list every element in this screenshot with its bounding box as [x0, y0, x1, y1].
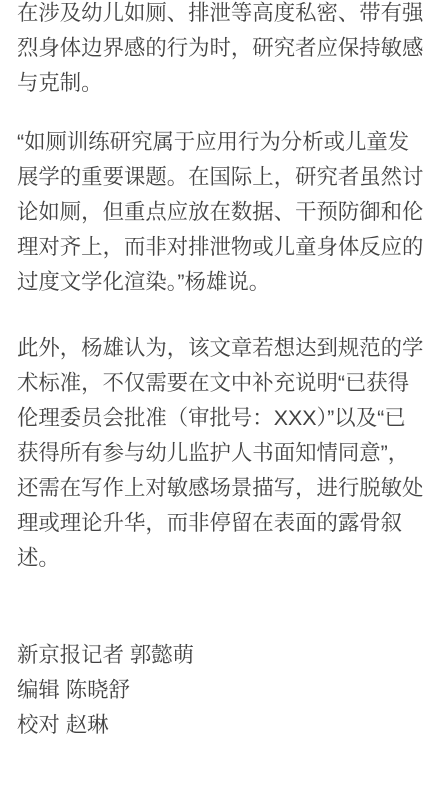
text-line: 理或理论升华，而非停留在表面的露骨叙	[17, 506, 425, 541]
text-line: 过度文学化渲染。”杨雄说。	[17, 265, 425, 300]
text-line: 获得所有参与幼儿监护人书面知情同意”，	[17, 436, 425, 471]
text-line: “如厕训练研究属于应用行为分析或儿童发	[17, 125, 425, 160]
byline-editor: 编辑 陈晓舒	[17, 673, 425, 708]
text-line: 理对齐上，而非对排泄物或儿童身体反应的	[17, 230, 425, 265]
paragraph-conclusion: 此外，杨雄认为，该文章若想达到规范的学 术标准，不仅需要在文中补充说明“已获得 …	[17, 331, 425, 576]
byline-reporter: 新京报记者 郭懿萌	[17, 638, 425, 673]
byline-proofreader: 校对 赵琳	[17, 708, 425, 743]
article-page: 在涉及幼儿如厕、排泄等高度私密、带有强 烈身体边界感的行为时，研究者应保持敏感 …	[0, 0, 442, 796]
text-line: 伦理委员会批准（审批号：XXX）”以及“已	[17, 401, 425, 436]
text-line: 此外，杨雄认为，该文章若想达到规范的学	[17, 331, 425, 366]
text-line: 还需在写作上对敏感场景描写，进行脱敏处	[17, 471, 425, 506]
text-line: 展学的重要课题。在国际上，研究者虽然讨	[17, 160, 425, 195]
text-line: 与克制。	[17, 66, 425, 101]
text-line: 论如厕，但重点应放在数据、干预防御和伦	[17, 195, 425, 230]
paragraph-quote: “如厕训练研究属于应用行为分析或儿童发 展学的重要课题。在国际上，研究者虽然讨 …	[17, 125, 425, 300]
text-line: 烈身体边界感的行为时，研究者应保持敏感	[17, 31, 425, 66]
paragraph-intro: 在涉及幼儿如厕、排泄等高度私密、带有强 烈身体边界感的行为时，研究者应保持敏感 …	[17, 0, 425, 101]
text-line: 述。	[17, 541, 425, 576]
text-line: 术标准，不仅需要在文中补充说明“已获得	[17, 366, 425, 401]
byline: 新京报记者 郭懿萌 编辑 陈晓舒 校对 赵琳	[17, 638, 425, 743]
text-line: 在涉及幼儿如厕、排泄等高度私密、带有强	[17, 0, 425, 31]
